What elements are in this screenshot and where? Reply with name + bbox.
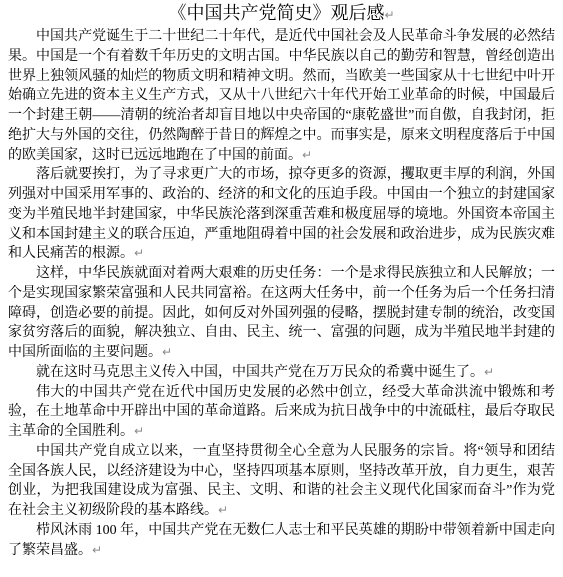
- paragraph-7-text: 栉风沐雨 100 年，中国共产党在无数仁人志士和平民英雄的期盼中带领着新中国走向…: [8, 523, 555, 558]
- paragraph-mark-icon: ↵: [162, 345, 172, 359]
- paragraph-mark-icon: ↵: [134, 424, 144, 438]
- paragraph-4-text: 就在这时马克思主义传入中国，中国共产党在万万民众的希冀中诞生了。: [36, 365, 484, 380]
- paragraph-mark-icon: ↵: [218, 503, 228, 517]
- paragraph-2-text: 落后就要挨打，为了寻求更广大的市场，掠夺更多的资源，攫取更丰厚的利润，外国列强对…: [8, 167, 555, 261]
- paragraph-mark-icon: ↵: [484, 365, 494, 379]
- document-page: 《中国共产党简史》观后感↵ 中国共产党诞生于二十世纪二十年代，是近代中国社会及人…: [0, 0, 563, 577]
- paragraph-7: 栉风沐雨 100 年，中国共产党在无数仁人志士和平民英雄的期盼中带领着新中国走向…: [8, 521, 555, 561]
- paragraph-mark-icon: ↵: [384, 8, 394, 22]
- paragraph-4: 就在这时马克思主义传入中国，中国共产党在万万民众的希冀中诞生了。↵: [8, 363, 555, 383]
- paragraph-1: 中国共产党诞生于二十世纪二十年代，是近代中国社会及人民革命斗争发展的必然结果。中…: [8, 27, 555, 165]
- paragraph-5-text: 伟大的中国共产党在近代中国历史发展的必然中创立，经受大革命洪流中锻炼和考验，在土…: [8, 385, 555, 440]
- document-title: 《中国共产党简史》观后感: [168, 3, 384, 23]
- paragraph-1-text: 中国共产党诞生于二十世纪二十年代，是近代中国社会及人民革命斗争发展的必然结果。中…: [8, 29, 555, 163]
- paragraph-6-text: 中国共产党自成立以来，一直坚持贯彻全心全意为人民服务的宗旨。将“领导和团结全国各…: [8, 444, 555, 518]
- document-title-line: 《中国共产党简史》观后感↵: [8, 2, 555, 27]
- paragraph-6: 中国共产党自成立以来，一直坚持贯彻全心全意为人民服务的宗旨。将“领导和团结全国各…: [8, 442, 555, 521]
- paragraph-3-text: 这样，中华民族就面对着两大艰难的历史任务：一个是求得民族独立和人民解放；一个是实…: [8, 266, 555, 360]
- paragraph-5: 伟大的中国共产党在近代中国历史发展的必然中创立，经受大革命洪流中锻炼和考验，在土…: [8, 383, 555, 442]
- paragraph-mark-icon: ↵: [134, 246, 144, 260]
- paragraph-2: 落后就要挨打，为了寻求更广大的市场，掠夺更多的资源，攫取更丰厚的利润，外国列强对…: [8, 165, 555, 264]
- paragraph-3: 这样，中华民族就面对着两大艰难的历史任务：一个是求得民族独立和人民解放；一个是实…: [8, 264, 555, 363]
- paragraph-mark-icon: ↵: [92, 543, 102, 557]
- paragraph-mark-icon: ↵: [302, 148, 312, 162]
